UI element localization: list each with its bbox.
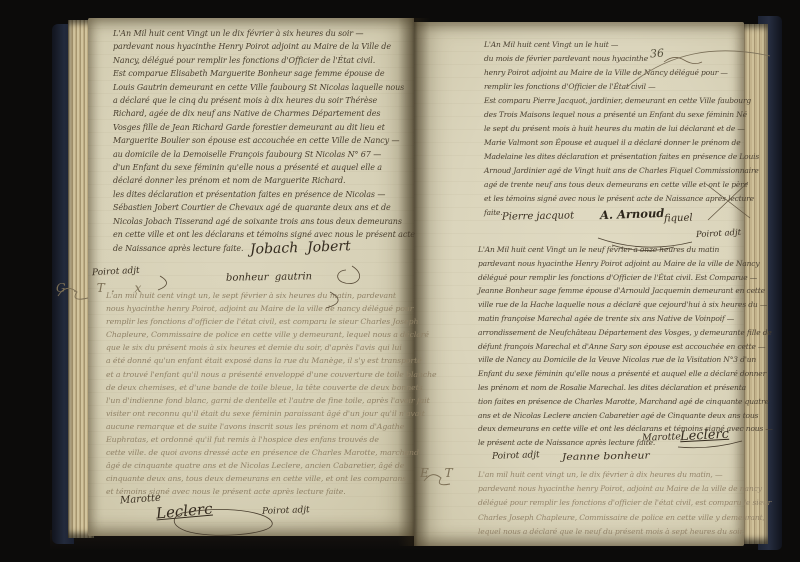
left-entry-2-text: L'an mil huit cent vingt un, le sept fév…: [106, 289, 412, 499]
signature-marotte-right: Marotte: [642, 431, 681, 443]
right-entry-1-text: L'An Mil huit cent Vingt un le huit — du…: [484, 38, 746, 220]
signature-leclerc-right: Leclerc: [680, 427, 730, 445]
signature-poirot-adjoint-2: Poirot adjt: [262, 505, 310, 517]
signature-poirot-adjoint-4: Poirot adjt: [492, 450, 540, 462]
signature-fiquel: fiquel: [664, 213, 693, 225]
signature-jeanne-bonheur: Jeanne bonheur: [562, 450, 650, 463]
signature-bonheur-gautrin: bonheur gautrin: [226, 271, 312, 284]
right-entry-2-text: L'An Mil huit cent Vingt un le neuf févr…: [478, 243, 746, 450]
photographed-register-spread: L'An Mil huit cent Vingt un le dix févri…: [0, 0, 800, 562]
margin-paraphs-right: E T: [420, 466, 459, 480]
signature-arnoud: A. Arnoud: [600, 206, 665, 222]
left-entry-1-text: L'An Mil huit cent Vingt un le dix févri…: [113, 27, 413, 255]
signature-pierre-jacquot: Pierre jacquot: [502, 210, 574, 222]
right-entry-3-text: L'an mil huit cent vingt un, le dix févr…: [478, 468, 746, 539]
